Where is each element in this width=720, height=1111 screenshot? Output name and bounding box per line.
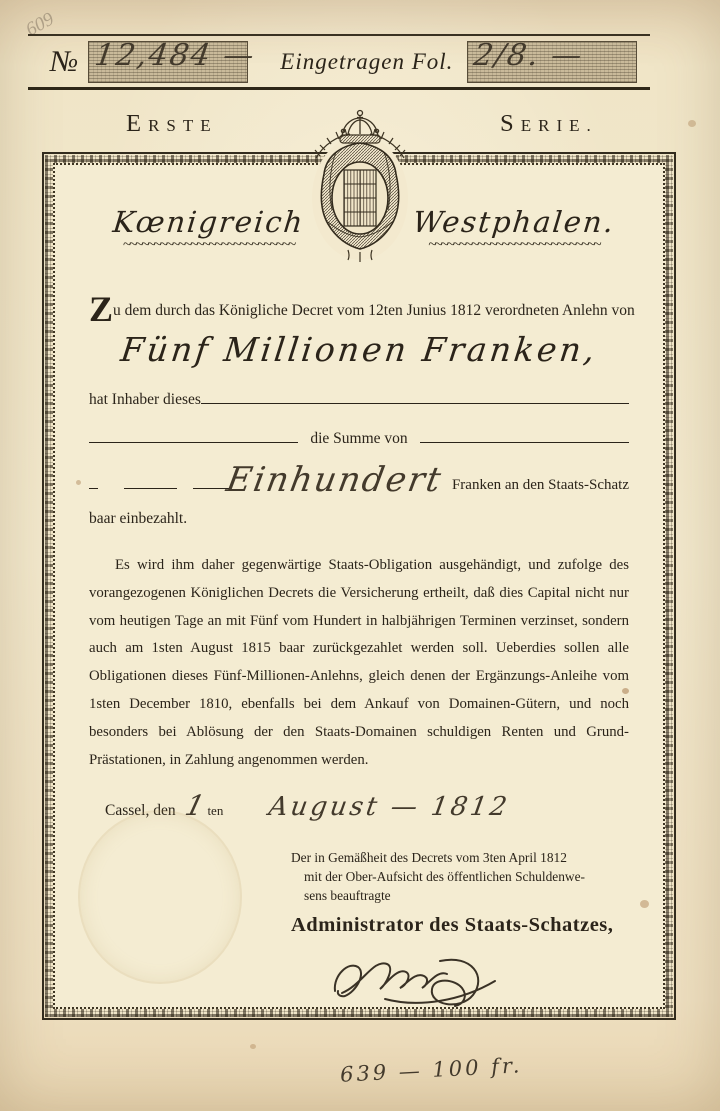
squiggle-ornament: ~~~~~~~~~~~~~~~~~~~~~~~~~~~~: [419, 241, 609, 251]
intro-drop-cap: Z: [89, 289, 113, 329]
closing-block: Der in Gemäßheit des Decrets vom 3ten Ap…: [291, 848, 627, 1018]
bond-document: 609 № 12,484 — Eingetragen Fol. 2/8. — E…: [0, 0, 720, 1111]
coat-of-arms-icon: [298, 106, 422, 268]
holder-line: hat Inhaber dieses: [89, 387, 629, 409]
authority-line: mit der Ober-Aufsicht des öffentlichen S…: [291, 867, 627, 886]
authority-line: Der in Gemäßheit des Decrets vom 3ten Ap…: [291, 848, 627, 867]
folio-number-handwritten: 2/8. —: [472, 38, 586, 73]
foxing-stain: [76, 480, 81, 485]
kingdom-name-right: Westphalen.: [411, 205, 617, 239]
loan-amount-line: Fünf Millionen Franken,: [89, 330, 629, 369]
month-year-handwritten: August — 1812: [267, 792, 512, 822]
paid-line: baar einbezahlt.: [89, 510, 629, 528]
sum-label: die Summe von: [310, 430, 407, 448]
loan-amount-text: Fünf Millionen Franken,: [118, 330, 599, 369]
foxing-stain: [688, 120, 696, 127]
sum-suffix: Franken an den Staats-Schatz: [452, 477, 629, 494]
squiggle-ornament: ~~~~~~~~~~~~~~~~~~~~~~~~~~~~: [114, 241, 304, 251]
foxing-stain: [622, 688, 629, 694]
pencil-price-note: 639 — 100 fr.: [339, 1053, 522, 1087]
blank-rule: [124, 473, 177, 489]
holder-label: hat Inhaber dieses: [89, 391, 201, 409]
authority-line: sens beauftragte: [291, 886, 627, 905]
signature-icon: [327, 941, 627, 1018]
number-sign-label: №: [50, 45, 78, 79]
number-hatch-box: 12,484 —: [88, 41, 248, 83]
sum-value-line: Einhundert Franken an den Staats-Schatz: [89, 458, 629, 500]
folio-hatch-box: 2/8. —: [467, 41, 637, 83]
bond-number-handwritten: 12,484 —: [93, 38, 258, 73]
terms-paragraph: Es wird ihm daher gegenwärtige Staats-Ob…: [89, 552, 629, 775]
entered-folio-label: Eingetragen Fol.: [280, 49, 453, 75]
blank-rule: [420, 427, 629, 444]
kingdom-left: Kœnigreich ~~~~~~~~~~~~~~~~~~~~~~~~~~~~: [113, 205, 304, 251]
series-right-label: Serie.: [500, 110, 598, 138]
blank-rule: [201, 387, 629, 404]
administrator-title: Administrator des Staats-Schatzes,: [291, 914, 627, 937]
kingdom-right: Westphalen. ~~~~~~~~~~~~~~~~~~~~~~~~~~~~: [413, 205, 615, 251]
series-left-label: Erste: [126, 110, 218, 138]
blank-dash: [89, 473, 98, 489]
sum-line: die Summe von: [89, 427, 629, 449]
registration-strip: № 12,484 — Eingetragen Fol. 2/8. —: [28, 34, 650, 90]
embossed-seal: [78, 810, 242, 984]
sum-value-handwritten: Einhundert: [223, 460, 445, 500]
kingdom-name-left: Kœnigreich: [111, 205, 306, 239]
foxing-stain: [640, 900, 649, 908]
intro-text: u dem durch das Königliche Decret vom 12…: [113, 302, 635, 319]
day-suffix: ten: [207, 803, 223, 819]
blank-rule: [89, 427, 298, 444]
foxing-stain: [250, 1044, 256, 1049]
intro-line: Zu dem durch das Königliche Decret vom 1…: [89, 299, 629, 320]
